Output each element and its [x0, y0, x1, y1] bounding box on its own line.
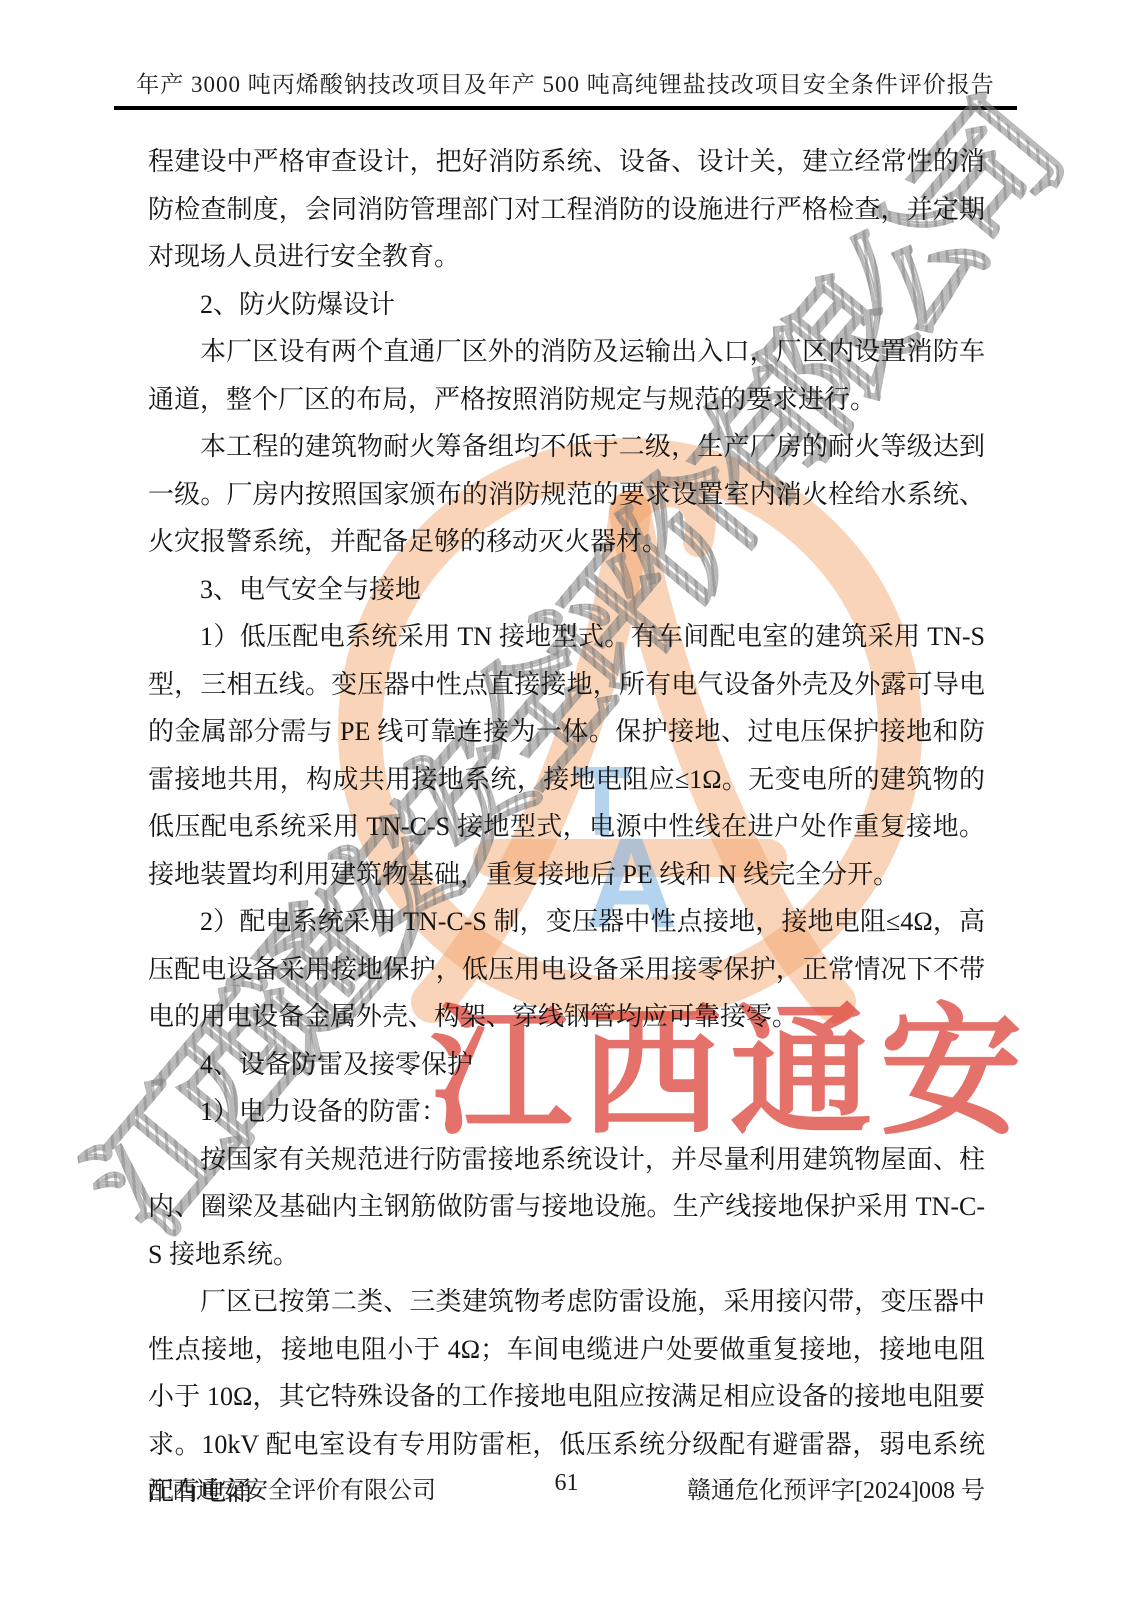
- paragraph: 2）配电系统采用 TN-C-S 制，变压器中性点接地，接地电阻≤4Ω，高压配电设…: [148, 898, 985, 1041]
- paragraph: 本厂区设有两个直通厂区外的消防及运输出入口，厂区内设置消防车通道，整个厂区的布局…: [148, 328, 985, 423]
- paragraph-heading: 2、防火防爆设计: [148, 281, 985, 329]
- header-divider-rule: [114, 106, 1017, 110]
- paragraph-heading: 3、电气安全与接地: [148, 566, 985, 614]
- footer-document-number: 赣通危化预评字[2024]008 号: [687, 1470, 985, 1505]
- document-body: 程建设中严格审查设计，把好消防系统、设备、设计关，建立经常性的消防检查制度，会同…: [148, 138, 985, 1516]
- paragraph: 程建设中严格审查设计，把好消防系统、设备、设计关，建立经常性的消防检查制度，会同…: [148, 138, 985, 281]
- footer-company-name: 江西通安安全评价有限公司: [148, 1470, 436, 1505]
- document-page: 年产 3000 吨丙烯酸钠技改项目及年产 500 吨高纯锂盐技改项目安全条件评价…: [0, 0, 1131, 1600]
- report-header-title: 年产 3000 吨丙烯酸钠技改项目及年产 500 吨高纯锂盐技改项目安全条件评价…: [0, 66, 1131, 99]
- paragraph: 1）低压配电系统采用 TN 接地型式。有车间配电室的建筑采用 TN-S 型，三相…: [148, 613, 985, 898]
- paragraph: 本工程的建筑物耐火筹备组均不低于二级，生产厂房的耐火等级达到一级。厂房内按照国家…: [148, 423, 985, 566]
- paragraph-heading: 4、设备防雷及接零保护: [148, 1041, 985, 1089]
- paragraph-heading: 1）电力设备的防雷：: [148, 1088, 985, 1136]
- page-footer: 61 江西通安安全评价有限公司 赣通危化预评字[2024]008 号: [148, 1470, 985, 1505]
- paragraph: 按国家有关规范进行防雷接地系统设计，并尽量利用建筑物屋面、柱内、圈梁及基础内主钢…: [148, 1136, 985, 1279]
